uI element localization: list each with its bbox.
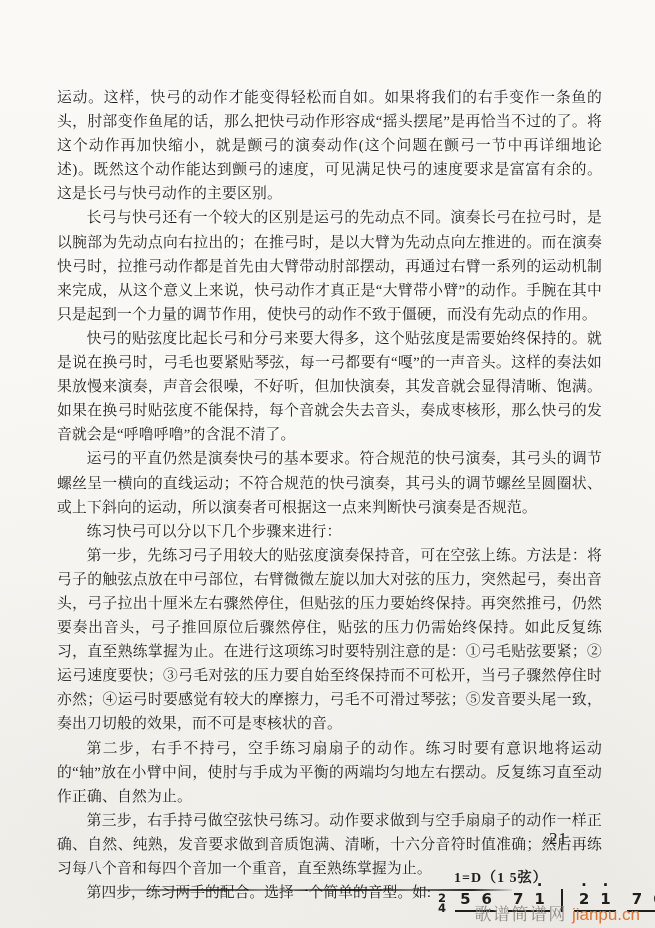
music-note: 5 — [460, 891, 470, 908]
scan-artifact-line — [112, 889, 512, 891]
paragraph-3: 快弓的贴弦度比起长弓和分弓来要大得多，这个贴弦度是需要始终保持的。就是说在换弓时… — [57, 327, 602, 447]
watermark: 歌谱简谱网jianpu.cn — [474, 900, 640, 925]
paragraph-6: 第一步，先练习弓子用较大的贴弦度演奏保持音，可在空弦上练。方法是：将弓子的触弦点… — [57, 544, 602, 737]
page-number: 21 — [549, 829, 568, 849]
paragraph-7: 第二步，右手不持弓，空手练习扇扇子的动作。练习时要有意识地将运动的“轴”放在小臂… — [57, 737, 602, 809]
key-signature: 1=D（1 5弦） — [454, 867, 548, 887]
body-text: 运动。这样，快弓的动作才能变得轻松而自如。如果将我们的右手变作一条鱼的头，肘部变… — [57, 86, 602, 905]
note-digit: 5 — [460, 890, 470, 908]
paragraph-2: 长弓与快弓还有一个较大的区别是运弓的先动点不同。演奏长弓在拉弓时，是以腕部为先动… — [57, 206, 602, 326]
time-signature-denominator: 4 — [438, 903, 446, 913]
paragraph-5: 练习快弓可以分以下几个步骤来进行： — [57, 520, 602, 544]
book-page: 运动。这样，快弓的动作才能变得轻松而自如。如果将我们的右手变作一条鱼的头，肘部变… — [0, 0, 655, 928]
watermark-domain: jianpu.cn — [572, 905, 640, 924]
time-signature: 2 4 — [438, 893, 446, 913]
octave-dot: · — [581, 880, 587, 890]
paragraph-1: 运动。这样，快弓的动作才能变得轻松而自如。如果将我们的右手变作一条鱼的头，肘部变… — [57, 86, 602, 206]
octave-dot: · — [603, 880, 609, 890]
paragraph-9: 第四步，练习两手的配合。选择一个简单的音型。如: — [57, 881, 431, 905]
watermark-site-name: 歌谱简谱网 — [474, 905, 567, 924]
paragraph-4: 运弓的平直仍然是演奏快弓的基本要求。符合规范的快弓演奏，其弓头的调节螺丝呈一横向… — [57, 447, 602, 519]
octave-dot: · — [537, 880, 543, 890]
